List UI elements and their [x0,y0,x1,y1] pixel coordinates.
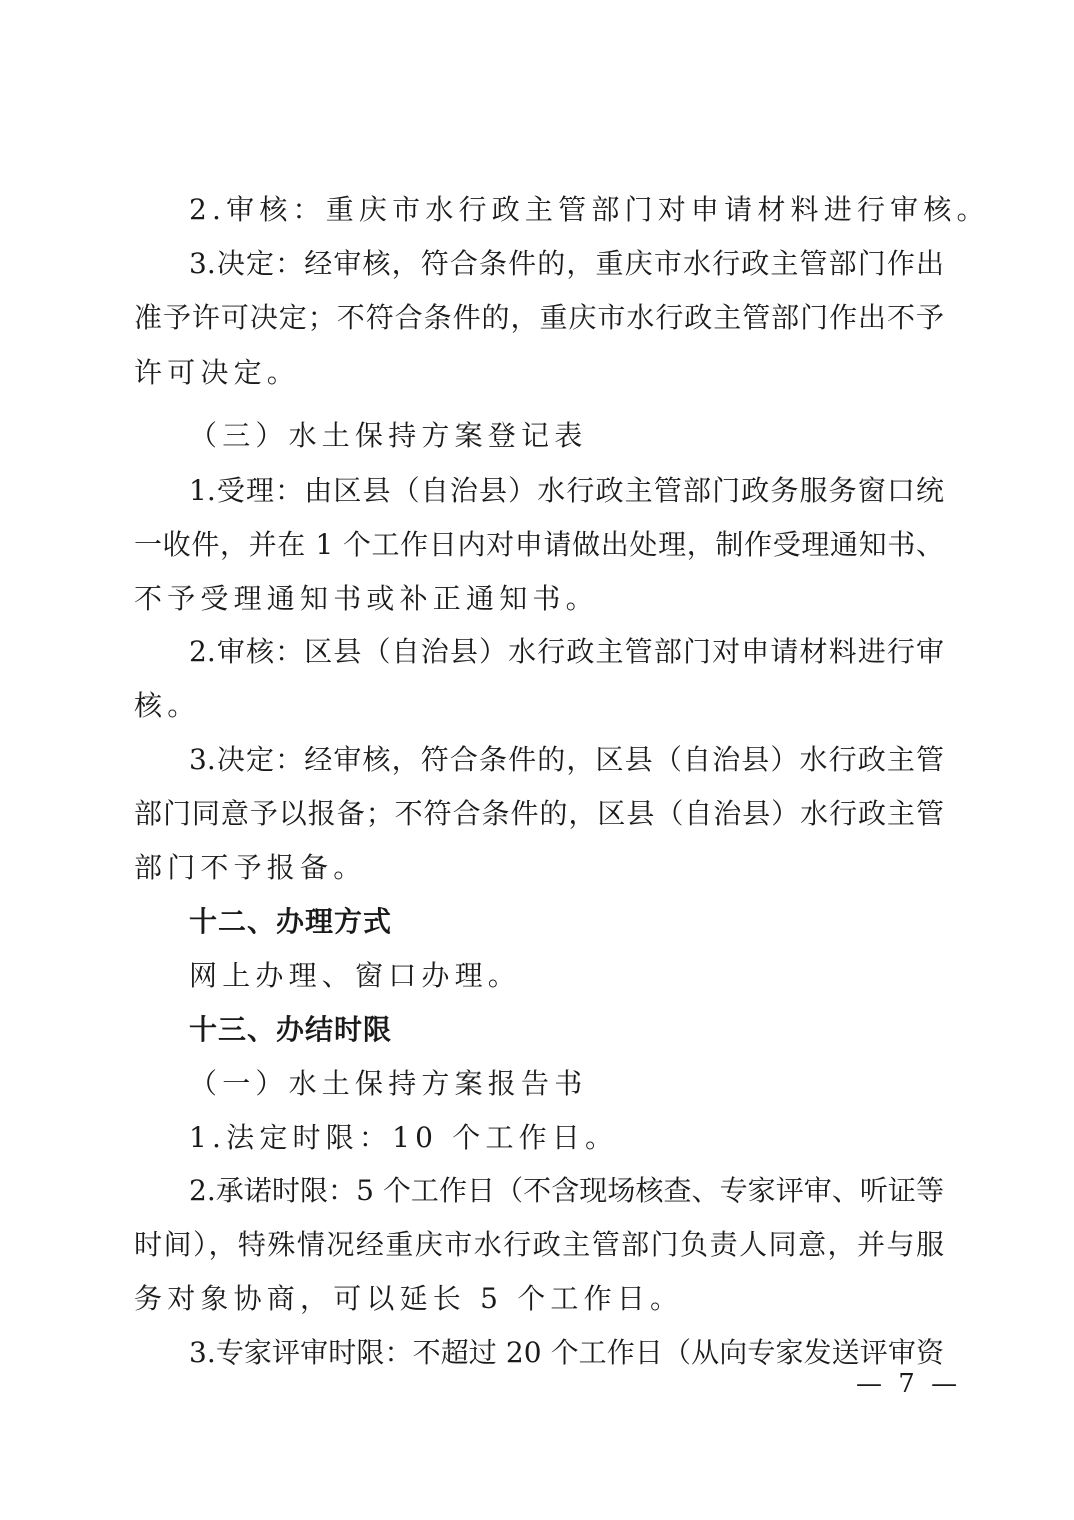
paragraph-line: 时间），特殊情况经重庆市水行政主管部门负责人同意，并与服 [134,1227,944,1263]
paragraph-line: 部门不予报备。 [134,850,944,886]
paragraph-line: 3.专家评审时限：不超过 20 个工作日（从向专家发送评审资 [189,1335,944,1371]
paragraph-line: 部门同意予以报备；不符合条件的，区县（自治县）水行政主管 [134,796,944,832]
section-heading: 十二、办理方式 [189,904,999,940]
paragraph-line: 不予受理通知书或补正通知书。 [134,581,944,617]
paragraph-line: 网上办理、窗口办理。 [189,958,999,994]
paragraph-line: 3.决定：经审核，符合条件的，重庆市水行政主管部门作出 [189,246,944,282]
page-number: — 7 — [856,1368,961,1400]
paragraph-line: 1.受理：由区县（自治县）水行政主管部门政务服务窗口统 [189,473,944,509]
paragraph-line: 1.法定时限：10 个工作日。 [189,1120,999,1156]
paragraph-line: 2.承诺时限：5 个工作日（不含现场核查、专家评审、听证等 [189,1173,944,1209]
paragraph-line: 许可决定。 [134,355,944,391]
paragraph-line: 2.审核：重庆市水行政主管部门对申请材料进行审核。 [189,192,999,228]
subsection-heading: （一）水土保持方案报告书 [189,1066,999,1102]
paragraph-line: 2.审核：区县（自治县）水行政主管部门对申请材料进行审 [189,634,944,670]
paragraph-line: 务对象协商，可以延长 5 个工作日。 [134,1281,944,1317]
document-page: 2.审核：重庆市水行政主管部门对申请材料进行审核。 3.决定：经审核，符合条件的… [0,0,1074,1520]
paragraph-line: 3.决定：经审核，符合条件的，区县（自治县）水行政主管 [189,742,944,778]
paragraph-line: 准予许可决定；不符合条件的，重庆市水行政主管部门作出不予 [134,300,944,336]
subsection-heading: （三）水土保持方案登记表 [189,418,999,454]
paragraph-line: 核。 [134,688,944,724]
section-heading: 十三、办结时限 [189,1012,999,1048]
paragraph-line: 一收件，并在 1 个工作日内对申请做出处理，制作受理通知书、 [134,527,944,563]
